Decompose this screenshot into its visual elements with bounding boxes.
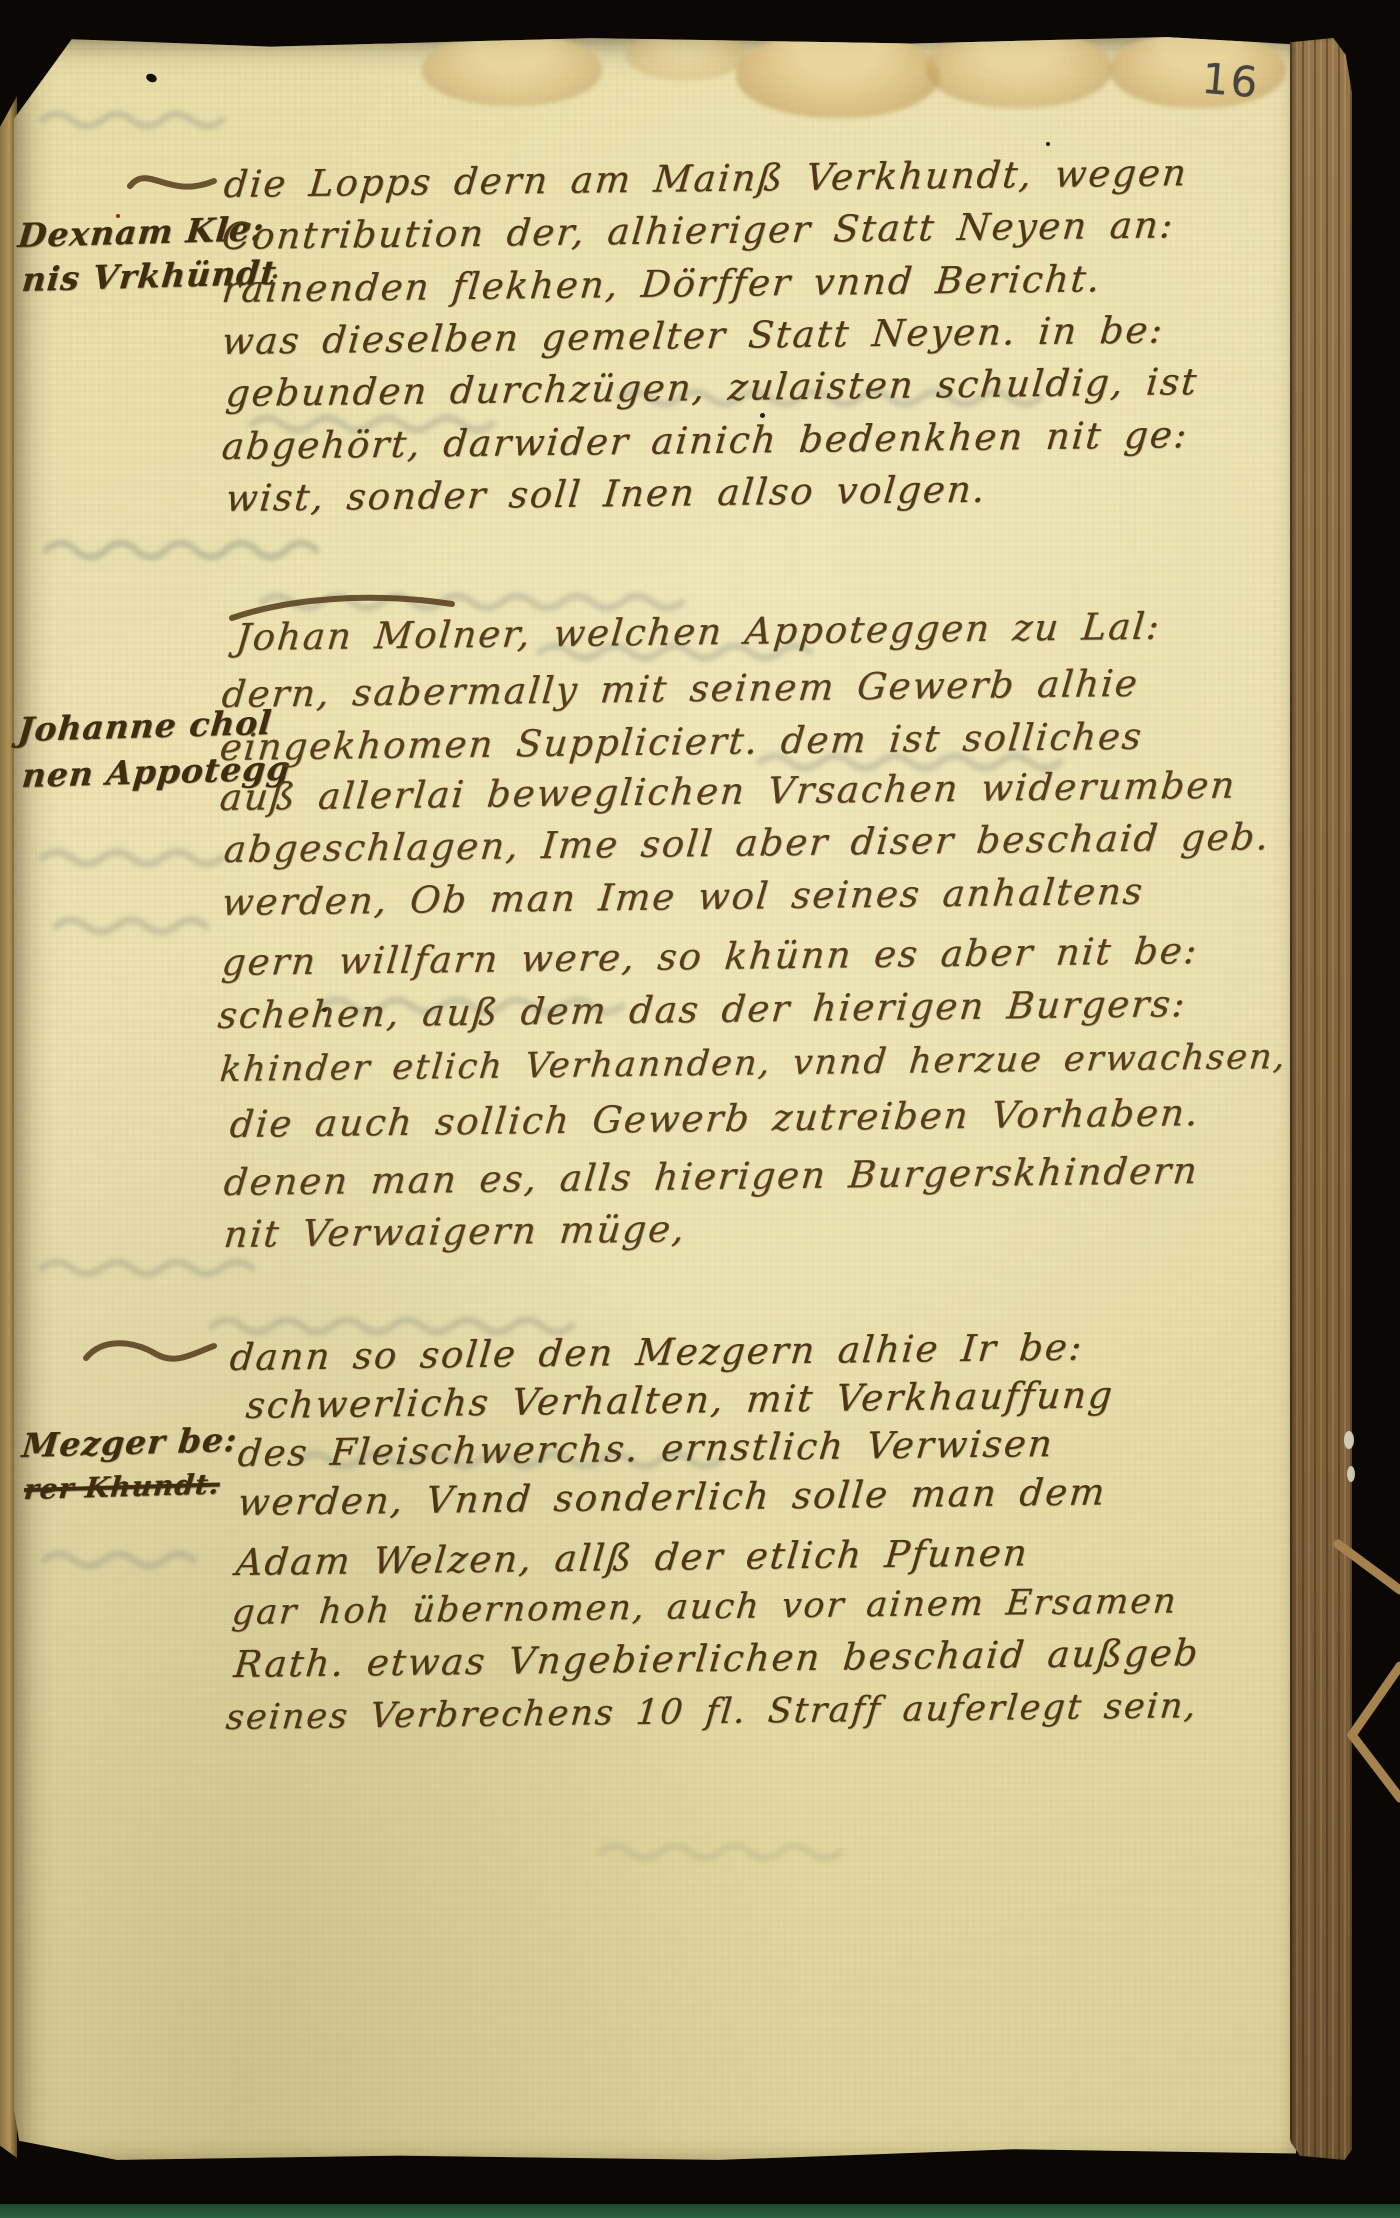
manuscript-photo: 16 Dexnam Kle: nis Vrkhündt Johanne chol… (0, 0, 1400, 2218)
water-stain (926, 30, 1112, 108)
page-number: 16 (1200, 54, 1262, 108)
book-fore-edge (1290, 38, 1352, 2160)
margin-note-3-line-2-struck: rer Khundt. (22, 1464, 221, 1510)
table-surface-strip (0, 2204, 1400, 2218)
water-stain (736, 32, 940, 118)
water-stain (422, 34, 602, 106)
text-line: nit Verwaigern müge, (222, 1207, 688, 1257)
ink-speck (1046, 142, 1050, 146)
red-speck (116, 214, 120, 218)
margin-note-3-line-1: Mezger be: (20, 1420, 239, 1466)
ink-speck (322, 1008, 327, 1012)
water-stain (626, 30, 746, 80)
text-line: wist, sonder soll Inen allso volgen. (224, 468, 989, 521)
ink-speck (760, 413, 765, 418)
